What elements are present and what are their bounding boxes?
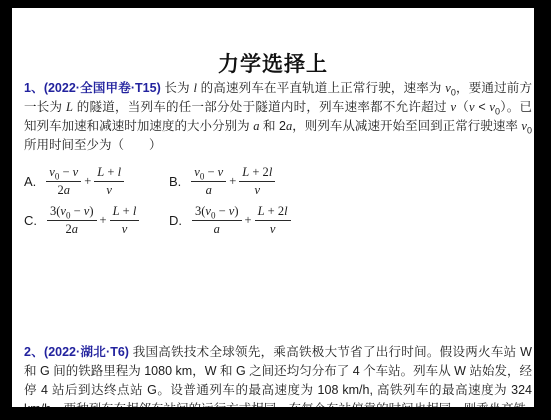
option-a-expression: v0 − v 2a + L + l v [46,165,124,198]
fraction-numerator: 3(v0 − v) [47,204,97,221]
fraction-numerator: v0 − v [46,165,81,182]
fraction-numerator: 3(v0 − v) [192,204,242,221]
fraction: v0 − v a [191,165,226,198]
problem-2-paragraph: 2、(2022·湖北·T6)我国高铁技术全球领先，乘高铁极大节省了出行时间。假设… [24,343,532,407]
option-d: D. 3(v0 − v) a + L + 2l v [169,204,291,237]
fraction-numerator: L + l [94,165,124,182]
option-b-expression: v0 − v a + L + 2l v [191,165,275,198]
option-c-label: C. [24,213,37,228]
fraction-numerator: L + 2l [239,165,275,182]
options-row-cd: C. 3(v0 − v) 2a + L + l v D. [24,204,291,237]
option-a-label: A. [24,174,36,189]
fraction-denominator: 2a [58,182,71,198]
option-d-label: D. [169,213,182,228]
fraction: 3(v0 − v) 2a [47,204,97,237]
option-c-expression: 3(v0 − v) 2a + L + l v [47,204,139,237]
fraction-denominator: a [206,182,212,198]
fraction-denominator: v [106,182,112,198]
fraction-denominator: 2a [66,221,79,237]
letterbox-background: 力学选择上 1、(2022·全国甲卷·T15)长为 l 的高速列车在平直轨道上正… [0,0,551,420]
fraction: L + 2l v [239,165,275,198]
problem-1-source-tag: 1、(2022·全国甲卷·T15) [24,81,164,95]
problem-2-source-tag: 2、(2022·湖北·T6) [24,345,133,359]
fraction-numerator: L + 2l [255,204,291,221]
options-row-ab: A. v0 − v 2a + L + l v B. [24,165,275,198]
fraction: L + l v [110,204,140,237]
plus-operator: + [229,174,236,189]
plus-operator: + [245,213,252,228]
document-page: 力学选择上 1、(2022·全国甲卷·T15)长为 l 的高速列车在平直轨道上正… [12,8,534,407]
fraction-denominator: a [214,221,220,237]
fraction-numerator: L + l [110,204,140,221]
fraction-denominator: v [270,221,276,237]
page-title: 力学选择上 [12,48,534,78]
fraction-denominator: v [122,221,128,237]
fraction: 3(v0 − v) a [192,204,242,237]
fraction-denominator: v [255,182,261,198]
fraction: L + l v [94,165,124,198]
fraction-numerator: v0 − v [191,165,226,182]
plus-operator: + [100,213,107,228]
option-d-expression: 3(v0 − v) a + L + 2l v [192,204,291,237]
fraction: L + 2l v [255,204,291,237]
fraction: v0 − v 2a [46,165,81,198]
problem-1-paragraph: 1、(2022·全国甲卷·T15)长为 l 的高速列车在平直轨道上正常行驶，速率… [24,79,532,155]
option-a: A. v0 − v 2a + L + l v [24,165,169,198]
option-b-label: B. [169,174,181,189]
plus-operator: + [84,174,91,189]
option-c: C. 3(v0 − v) 2a + L + l v [24,204,169,237]
option-b: B. v0 − v a + L + 2l v [169,165,275,198]
